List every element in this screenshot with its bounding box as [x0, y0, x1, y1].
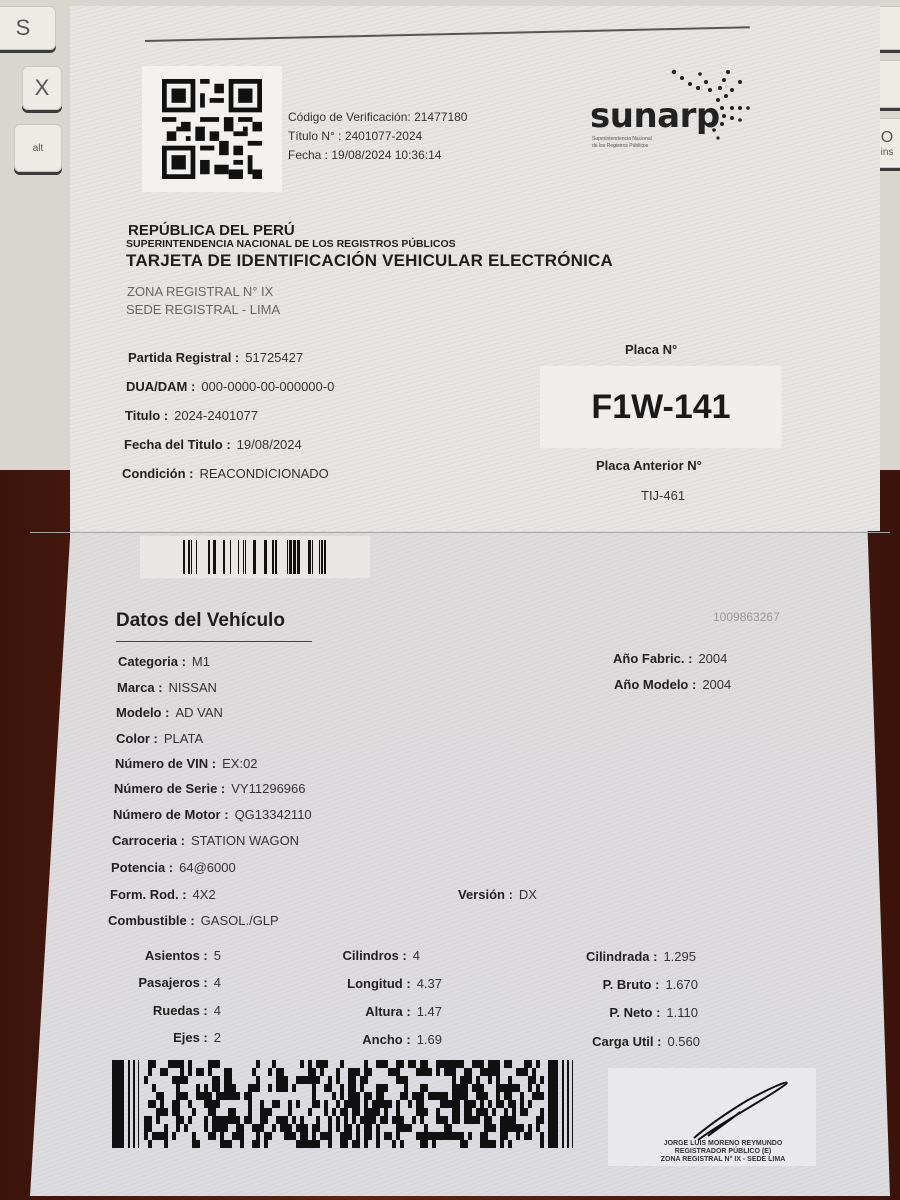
field-value: EX:02 — [222, 756, 257, 771]
verification-titulo: Título N° : 2401077-2024 — [288, 127, 467, 146]
field-combustible: Combustible :GASOL./GLP — [108, 913, 279, 928]
field-label: Combustible : — [108, 913, 195, 928]
superintendencia-heading: SUPERINTENDENCIA NACIONAL DE LOS REGISTR… — [126, 238, 456, 250]
sunarp-subtitle: Superintendencia Nacional de los Registr… — [592, 136, 702, 150]
field-label: Año Modelo : — [614, 677, 696, 692]
signature-text: JORGE LUIS MORENO REYMUNDO REGISTRADOR P… — [628, 1140, 818, 1164]
field-carroceria: Carroceria :STATION WAGON — [112, 833, 299, 848]
field-label: Número de Serie : — [114, 781, 225, 796]
field-anio-modelo: Año Modelo :2004 — [614, 677, 731, 692]
field-label: Marca : — [117, 680, 163, 695]
field-dua-dam: DUA/DAM :000-0000-00-000000-0 — [126, 379, 334, 394]
field-version: Versión :DX — [458, 887, 537, 902]
field-label: Ruedas : — [153, 1003, 208, 1018]
signature-block: JORGE LUIS MORENO REYMUNDO REGISTRADOR P… — [608, 1068, 816, 1166]
qr-code — [142, 66, 282, 192]
sunarp-subtitle-line1: Superintendencia Nacional — [592, 136, 702, 143]
qr-code-icon — [159, 79, 265, 179]
field-label: Asientos : — [145, 948, 208, 963]
republica-heading: REPÚBLICA DEL PERÚ — [128, 222, 295, 239]
field-potencia: Potencia :64@6000 — [111, 860, 236, 875]
field-value: REACONDICIONADO — [200, 466, 329, 481]
field-label: Cilindros : — [342, 948, 406, 963]
field-label: Categoria : — [118, 654, 186, 669]
field-value: 51725427 — [245, 350, 303, 365]
field-value: 1.670 — [665, 977, 698, 992]
field-value: M1 — [192, 654, 210, 669]
field-value: 2 — [214, 1030, 221, 1045]
field-form-rod: Form. Rod. :4X2 — [110, 887, 216, 902]
signature-scribble-icon — [668, 1078, 798, 1148]
field-cilindrada: Cilindrada :1.295 — [520, 949, 696, 964]
field-label: Ancho : — [362, 1032, 410, 1047]
field-anio-fabric: Año Fabric. :2004 — [613, 651, 727, 666]
field-value: AD VAN — [175, 705, 222, 720]
field-altura: Altura :1.47 — [290, 1004, 442, 1019]
field-label: Carroceria : — [112, 833, 185, 848]
datos-vehiculo-title: Datos del Vehículo — [116, 610, 285, 632]
field-value: PLATA — [164, 731, 203, 746]
field-label: Año Fabric. : — [613, 651, 692, 666]
field-label: Partida Registral : — [128, 350, 239, 365]
barcode — [140, 536, 370, 578]
field-longitud: Longitud :4.37 — [290, 976, 442, 991]
field-ejes: Ejes :2 — [100, 1030, 221, 1045]
key-s: S — [0, 6, 56, 50]
field-label: Número de VIN : — [115, 756, 216, 771]
placa-number: F1W-141 — [540, 366, 782, 448]
key-ins-label: ins — [881, 147, 894, 158]
verification-code: Código de Verificación: 21477180 — [288, 108, 467, 127]
field-value: VY11296966 — [231, 781, 305, 796]
field-value: 000-0000-00-000000-0 — [201, 379, 334, 394]
field-fecha-titulo: Fecha del Titulo :19/08/2024 — [124, 437, 302, 452]
key-alt: alt — [14, 124, 62, 172]
field-marca: Marca :NISSAN — [117, 680, 217, 695]
key-x: X — [22, 66, 62, 110]
field-value: DX — [519, 887, 537, 902]
section-rule — [116, 641, 312, 642]
field-value: 5 — [214, 948, 221, 963]
field-label: Titulo : — [125, 408, 168, 423]
signer-role: REGISTRADOR PÚBLICO (E) — [628, 1148, 818, 1156]
field-ruedas: Ruedas :4 — [100, 1003, 221, 1018]
sede-registral: SEDE REGISTRAL - LIMA — [126, 302, 280, 317]
field-value: GASOL./GLP — [201, 913, 279, 928]
field-value: 1.110 — [666, 1005, 698, 1020]
fold-line — [30, 532, 890, 533]
field-value: 0.560 — [667, 1034, 700, 1049]
sunarp-wordmark: sunarp — [590, 96, 720, 136]
sunarp-logo: sunarp Superintendencia Nacional de los … — [590, 68, 770, 158]
field-label: Altura : — [365, 1004, 411, 1019]
field-value: 4X2 — [193, 887, 216, 902]
signer-name: JORGE LUIS MORENO REYMUNDO — [628, 1140, 818, 1148]
field-label: Modelo : — [116, 705, 169, 720]
field-value: 4 — [214, 1003, 221, 1018]
field-p-bruto: P. Bruto :1.670 — [520, 977, 698, 992]
signer-zone: ZONA REGISTRAL N° IX - SEDE LIMA — [628, 1156, 818, 1164]
field-label: Carga Util : — [592, 1034, 661, 1049]
field-label: Form. Rod. : — [110, 887, 187, 902]
placa-anterior-value: TIJ-461 — [641, 488, 685, 503]
field-label: Número de Motor : — [113, 807, 229, 822]
field-cilindros: Cilindros :4 — [290, 948, 420, 963]
field-serie: Número de Serie :VY11296966 — [114, 781, 305, 796]
field-value: 19/08/2024 — [237, 437, 302, 452]
field-color: Color :PLATA — [116, 731, 203, 746]
field-categoria: Categoria :M1 — [118, 654, 210, 669]
document-serial: 1009863267 — [713, 610, 780, 624]
field-ancho: Ancho :1.69 — [290, 1032, 442, 1047]
field-value: 64@6000 — [179, 860, 236, 875]
field-label: Cilindrada : — [586, 949, 658, 964]
placa-anterior-label: Placa Anterior N° — [596, 458, 702, 473]
field-pasajeros: Pasajeros :4 — [100, 975, 221, 990]
field-vin: Número de VIN :EX:02 — [115, 756, 258, 771]
field-condicion: Condición :REACONDICIONADO — [122, 466, 329, 481]
field-value: 4 — [413, 948, 420, 963]
zona-registral: ZONA REGISTRAL N° IX — [127, 284, 273, 299]
field-value: QG13342110 — [235, 807, 312, 822]
field-value: 2024-2401077 — [174, 408, 258, 423]
field-label: Fecha del Titulo : — [124, 437, 231, 452]
field-titulo: Titulo :2024-2401077 — [125, 408, 258, 423]
field-value: 4 — [214, 975, 221, 990]
field-label: Ejes : — [173, 1030, 208, 1045]
field-motor: Número de Motor :QG13342110 — [113, 807, 312, 822]
field-asientos: Asientos :5 — [100, 948, 221, 963]
field-label: P. Neto : — [609, 1005, 660, 1020]
field-partida-registral: Partida Registral :51725427 — [128, 350, 303, 365]
field-value: NISSAN — [169, 680, 217, 695]
tarjeta-title: TARJETA DE IDENTIFICACIÓN VEHICULAR ELEC… — [126, 251, 613, 271]
field-carga-util: Carga Util :0.560 — [520, 1034, 700, 1049]
field-label: Pasajeros : — [138, 975, 207, 990]
field-label: P. Bruto : — [603, 977, 660, 992]
sunarp-subtitle-line2: de los Registros Públicos — [592, 143, 702, 150]
field-label: Versión : — [458, 887, 513, 902]
field-value: 2004 — [702, 677, 731, 692]
field-value: 2004 — [698, 651, 727, 666]
field-label: Condición : — [122, 466, 194, 481]
verification-info: Código de Verificación: 21477180 Título … — [288, 108, 467, 165]
field-label: Longitud : — [347, 976, 411, 991]
field-label: Potencia : — [111, 860, 173, 875]
barcode-icon — [183, 540, 327, 574]
field-value: 1.69 — [417, 1032, 442, 1047]
field-modelo: Modelo :AD VAN — [116, 705, 223, 720]
field-label: Color : — [116, 731, 158, 746]
field-value: STATION WAGON — [191, 833, 299, 848]
field-p-neto: P. Neto :1.110 — [520, 1005, 698, 1020]
key-ins-glyph: O — [881, 129, 893, 147]
placa-label: Placa N° — [625, 342, 677, 357]
field-value: 1.295 — [663, 949, 696, 964]
field-label: DUA/DAM : — [126, 379, 195, 394]
field-value: 1.47 — [417, 1004, 442, 1019]
pdf417-barcode — [112, 1060, 582, 1148]
field-value: 4.37 — [417, 976, 442, 991]
verification-fecha: Fecha : 19/08/2024 10:36:14 — [288, 146, 467, 165]
